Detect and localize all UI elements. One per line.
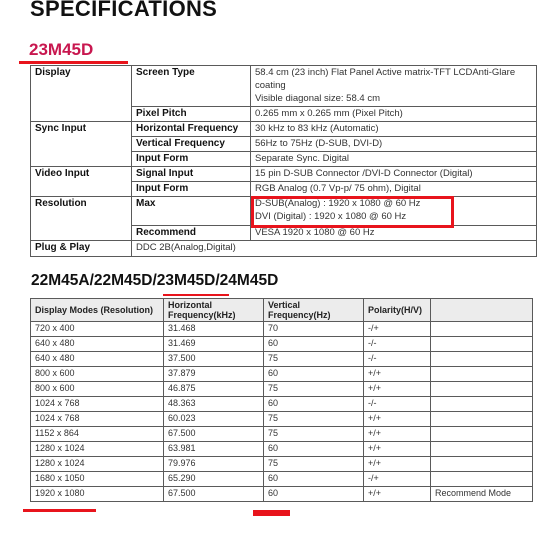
table-cell: 60	[264, 487, 364, 502]
table-row: 1152 x 86467.50075+/+	[31, 427, 533, 442]
table-cell: 1152 x 864	[31, 427, 164, 442]
table-cell: +/+	[364, 427, 431, 442]
table-cell: 67.500	[164, 427, 264, 442]
table-cell: Recommend Mode	[431, 487, 533, 502]
table-cell: 75	[264, 457, 364, 472]
table-row: 1680 x 105065.29060-/+	[31, 472, 533, 487]
table-cell	[431, 397, 533, 412]
table-cell: -/-	[364, 352, 431, 367]
table-cell: 31.468	[164, 322, 264, 337]
spec-label: Vertical Frequency	[132, 137, 251, 152]
modes-heading-underline	[163, 294, 229, 296]
resolution-underline	[23, 509, 96, 512]
table-row: 1024 x 76860.02375+/+	[31, 412, 533, 427]
table-cell: 65.290	[164, 472, 264, 487]
table-cell: 1680 x 1050	[31, 472, 164, 487]
table-cell: 60	[264, 367, 364, 382]
table-cell: 640 x 480	[31, 352, 164, 367]
spec-category: Plug & Play	[31, 241, 132, 257]
table-row: 1280 x 102463.98160+/+	[31, 442, 533, 457]
table-row: 1920 x 108067.50060+/+Recommend Mode	[31, 487, 533, 502]
table-cell	[431, 472, 533, 487]
table-cell: +/+	[364, 457, 431, 472]
table-cell: 720 x 400	[31, 322, 164, 337]
table-cell: 1280 x 1024	[31, 457, 164, 472]
table-cell: 37.879	[164, 367, 264, 382]
table-cell: 75	[264, 412, 364, 427]
table-cell: +/+	[364, 382, 431, 397]
table-cell: 800 x 600	[31, 382, 164, 397]
table-cell: -/+	[364, 322, 431, 337]
spec-label: Pixel Pitch	[132, 107, 251, 122]
spec-value: DDC 2B(Analog,Digital)	[132, 241, 537, 257]
vfreq-underline	[253, 510, 290, 516]
spec-label: Signal Input	[132, 167, 251, 182]
table-cell: +/+	[364, 442, 431, 457]
table-cell: 75	[264, 427, 364, 442]
table-cell: 63.981	[164, 442, 264, 457]
table-cell: 70	[264, 322, 364, 337]
spec-category: Video Input	[31, 167, 132, 197]
table-cell	[431, 337, 533, 352]
table-row: 1280 x 102479.97675+/+	[31, 457, 533, 472]
table-cell: 1920 x 1080	[31, 487, 164, 502]
table-cell: 1024 x 768	[31, 397, 164, 412]
spec-value: 56Hz to 75Hz (D-SUB, DVI-D)	[251, 137, 537, 152]
model-heading: 23M45D	[29, 40, 93, 60]
spec-label: Input Form	[132, 182, 251, 197]
table-cell	[431, 427, 533, 442]
table-cell	[431, 352, 533, 367]
spec-row: Sync InputHorizontal Frequency30 kHz to …	[31, 122, 537, 137]
table-cell	[431, 412, 533, 427]
table-cell: 46.875	[164, 382, 264, 397]
spec-label: Recommend	[132, 226, 251, 241]
table-header-row: Display Modes (Resolution)HorizontalFreq…	[31, 299, 533, 322]
table-row: 800 x 60046.87575+/+	[31, 382, 533, 397]
spec-row: DisplayScreen Type58.4 cm (23 inch) Flat…	[31, 66, 537, 107]
table-cell	[431, 457, 533, 472]
spec-value: 15 pin D-SUB Connector /DVI-D Connector …	[251, 167, 537, 182]
table-row: 1024 x 76848.36360-/-	[31, 397, 533, 412]
spec-label: Screen Type	[132, 66, 251, 107]
table-row: 640 x 48037.50075-/-	[31, 352, 533, 367]
table-cell: 60	[264, 442, 364, 457]
max-resolution-highlight	[251, 196, 454, 228]
table-cell: 67.500	[164, 487, 264, 502]
spec-value: 0.265 mm x 0.265 mm (Pixel Pitch)	[251, 107, 537, 122]
column-header: Polarity(H/V)	[364, 299, 431, 322]
display-modes-table: Display Modes (Resolution)HorizontalFreq…	[30, 298, 533, 502]
spec-value: RGB Analog (0.7 Vp-p/ 75 ohm), Digital	[251, 182, 537, 197]
spec-row: Video InputSignal Input15 pin D-SUB Conn…	[31, 167, 537, 182]
column-header: Display Modes (Resolution)	[31, 299, 164, 322]
modes-heading: 22M45A/22M45D/23M45D/24M45D	[31, 272, 278, 290]
table-cell: 37.500	[164, 352, 264, 367]
table-cell: 75	[264, 352, 364, 367]
table-row: 640 x 48031.46960-/-	[31, 337, 533, 352]
page-title: SPECIFICATIONS	[30, 0, 217, 22]
model-underline	[19, 61, 128, 64]
spec-label: Input Form	[132, 152, 251, 167]
column-header	[431, 299, 533, 322]
table-cell: 1024 x 768	[31, 412, 164, 427]
spec-category: Sync Input	[31, 122, 132, 167]
table-cell: -/-	[364, 397, 431, 412]
table-cell: +/+	[364, 367, 431, 382]
table-cell: 60	[264, 472, 364, 487]
column-header: HorizontalFrequency(kHz)	[164, 299, 264, 322]
spec-label: Max	[132, 197, 251, 226]
spec-value: 58.4 cm (23 inch) Flat Panel Active matr…	[251, 66, 537, 107]
table-cell	[431, 382, 533, 397]
table-cell: -/+	[364, 472, 431, 487]
table-row: 720 x 40031.46870-/+	[31, 322, 533, 337]
spec-label: Horizontal Frequency	[132, 122, 251, 137]
table-cell: 1280 x 1024	[31, 442, 164, 457]
table-cell	[431, 322, 533, 337]
table-cell	[431, 367, 533, 382]
table-cell: 60	[264, 397, 364, 412]
column-header: VerticalFrequency(Hz)	[264, 299, 364, 322]
table-cell: +/+	[364, 487, 431, 502]
table-cell: 640 x 480	[31, 337, 164, 352]
table-cell: 60	[264, 337, 364, 352]
spec-category: Display	[31, 66, 132, 122]
spec-value: 30 kHz to 83 kHz (Automatic)	[251, 122, 537, 137]
spec-value: Separate Sync. Digital	[251, 152, 537, 167]
spec-category: Resolution	[31, 197, 132, 241]
table-cell: 60.023	[164, 412, 264, 427]
table-row: 800 x 60037.87960+/+	[31, 367, 533, 382]
table-cell: 75	[264, 382, 364, 397]
table-cell: 31.469	[164, 337, 264, 352]
table-cell: +/+	[364, 412, 431, 427]
table-cell	[431, 442, 533, 457]
table-cell: 48.363	[164, 397, 264, 412]
table-cell: 79.976	[164, 457, 264, 472]
spec-table: DisplayScreen Type58.4 cm (23 inch) Flat…	[30, 65, 537, 257]
table-cell: -/-	[364, 337, 431, 352]
table-cell: 800 x 600	[31, 367, 164, 382]
spec-row: Plug & PlayDDC 2B(Analog,Digital)	[31, 241, 537, 257]
